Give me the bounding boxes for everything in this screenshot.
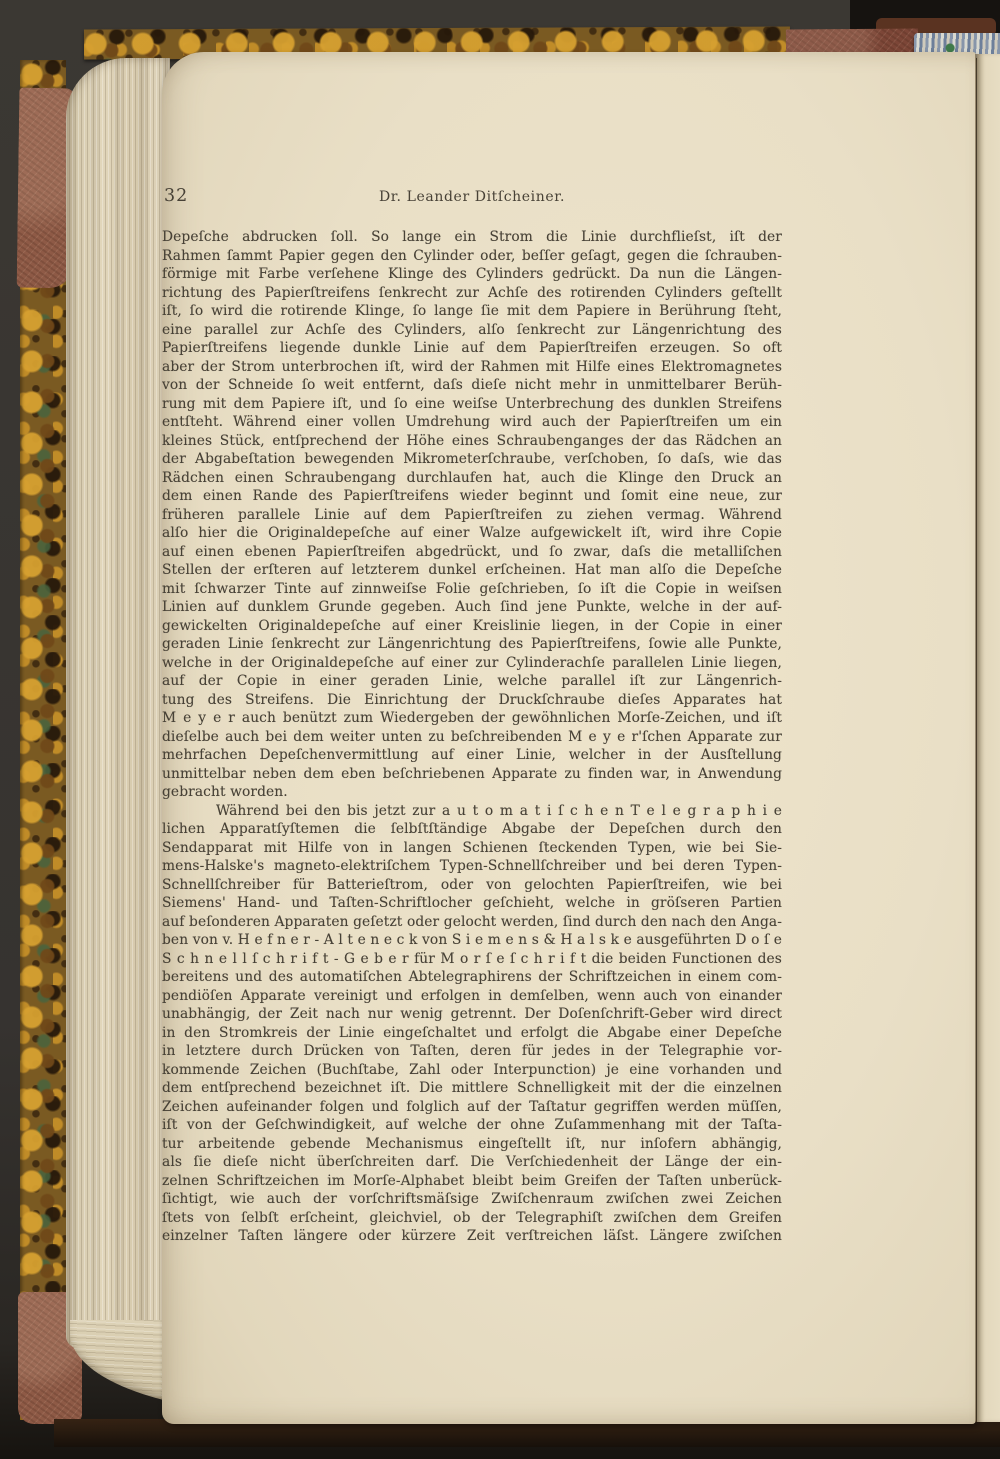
text-line: rung mit dem Papiere iſt, und ſo eine we… bbox=[162, 395, 782, 414]
text-line: mens-Halske's magneto-elektriſchem Typen… bbox=[162, 857, 782, 876]
text-line: förmige mit Farbe verſehene Klinge des C… bbox=[162, 265, 782, 284]
text-line: kommende Zeichen (Buchſtabe, Zahl oder I… bbox=[162, 1061, 782, 1080]
text-line: welche in der Originaldepeſche auf einer… bbox=[162, 654, 782, 673]
text-line: dieſelbe auch bei dem weiter unten zu be… bbox=[162, 728, 782, 747]
text-line: Zeichen aufeinander folgen und folglich … bbox=[162, 1098, 782, 1117]
text-line: in den Stromkreis der Linie eingeſchalte… bbox=[162, 1024, 782, 1043]
page-header: 32 Dr. Leander Ditſcheiner. bbox=[162, 186, 782, 210]
scan-background: { "scan": { "page_number": "32", "runnin… bbox=[0, 0, 1000, 1459]
text-line: tur arbeitende gebende Mechanismus einge… bbox=[162, 1135, 782, 1154]
text-line: gewickelten Originaldepeſche auf einer K… bbox=[162, 617, 782, 636]
text-line: dem entſprechend bezeichnet iſt. Die mit… bbox=[162, 1079, 782, 1098]
printed-content: 32 Dr. Leander Ditſcheiner. Depeſche abd… bbox=[162, 52, 782, 1424]
running-head: Dr. Leander Ditſcheiner. bbox=[162, 189, 782, 205]
text-line: tung des Streifens. Die Einrichtung der … bbox=[162, 691, 782, 710]
text-line: M e y e r auch benützt zum Wiedergeben d… bbox=[162, 709, 782, 728]
text-line: eine parallel zur Achſe des Cylinders, a… bbox=[162, 321, 782, 340]
text-line: der Abgabeſtation bewegenden Mikrometerſ… bbox=[162, 450, 782, 469]
text-line: auf der Copie in einer geraden Linie, we… bbox=[162, 672, 782, 691]
text-line: lichen Apparatſyſtemen die ſelbſtſtändig… bbox=[162, 820, 782, 839]
body-text: Depeſche abdrucken ſoll. So lange ein St… bbox=[162, 228, 782, 1246]
text-line: iſt, ſo wird die rotirende Klinge, ſo la… bbox=[162, 302, 782, 321]
text-line: Schnellſchreiber für Batterieſtrom, oder… bbox=[162, 876, 782, 895]
text-line: auf einen ebenen Papierſtreifen abgedrüc… bbox=[162, 543, 782, 562]
text-line: bereitens und des automatiſchen Abtelegr… bbox=[162, 968, 782, 987]
text-line: S c h n e l l ſ c h r i f t - G e b e r … bbox=[162, 950, 782, 969]
text-line: Depeſche abdrucken ſoll. So lange ein St… bbox=[162, 228, 782, 247]
text-line: alſo hier die Originaldepeſche auf einer… bbox=[162, 524, 782, 543]
text-line: pendiöſen Apparate vereinigt und erfolge… bbox=[162, 987, 782, 1006]
text-line: ſichtigt, wie auch der vorſchriftsmäſsig… bbox=[162, 1190, 782, 1209]
page-fore-edge-stack bbox=[66, 58, 170, 1348]
text-line: entſteht. Während einer vollen Umdrehung… bbox=[162, 413, 782, 432]
text-line: ſtets von ſelbſt erſcheint, gleichviel, … bbox=[162, 1209, 782, 1228]
text-line: kleines Stück, entſprechend der Höhe ein… bbox=[162, 432, 782, 451]
text-line: Sendapparat mit Hilfe von in langen Schi… bbox=[162, 839, 782, 858]
text-line: gebracht worden. bbox=[162, 783, 782, 802]
gutter-crease bbox=[975, 54, 977, 1422]
text-line: Rahmen ſammt Papier gegen den Cylinder o… bbox=[162, 247, 782, 266]
text-line: auf beſonderen Apparaten geſetzt oder ge… bbox=[162, 913, 782, 932]
adjacent-page-sliver bbox=[977, 54, 1000, 1422]
text-line: Siemens' Hand- und Taſten-Schriftlocher … bbox=[162, 894, 782, 913]
text-line: ben von v. H e f n e r - A l t e n e c k… bbox=[162, 931, 782, 950]
text-line: Stellen der erſteren auf letzterem dunke… bbox=[162, 561, 782, 580]
text-line: richtung des Papierſtreifens ſenkrecht z… bbox=[162, 284, 782, 303]
text-line: iſt von der Geſchwindigkeit, auf welche … bbox=[162, 1116, 782, 1135]
text-line: unabhängig, der Zeit nach nur wenig getr… bbox=[162, 1005, 782, 1024]
text-line: Während bei den bis jetzt zur a u t o m … bbox=[162, 802, 782, 821]
text-line: Linien auf dunklem Grunde gegeben. Auch … bbox=[162, 598, 782, 617]
text-line: Rädchen einen Schraubengang durchlaufen … bbox=[162, 469, 782, 488]
text-line: aber der Strom unterbrochen iſt, wird de… bbox=[162, 358, 782, 377]
text-line: in letztere durch Drücken von Taſten, de… bbox=[162, 1042, 782, 1061]
text-line: zelnen Schriftzeichen im Morſe-Alphabet … bbox=[162, 1172, 782, 1191]
text-line: einzelner Taſten längere oder kürzere Ze… bbox=[162, 1227, 782, 1246]
text-line: dem einen Rande des Papierſtreifens wied… bbox=[162, 487, 782, 506]
text-line: mit ſchwarzer Tinte auf zinnweiſse Folie… bbox=[162, 580, 782, 599]
book-page: 32 Dr. Leander Ditſcheiner. Depeſche abd… bbox=[162, 52, 976, 1424]
text-line: mehrfachen Depeſchenvermittlung auf eine… bbox=[162, 746, 782, 765]
text-line: geraden Linie ſenkrecht zur Längenrichtu… bbox=[162, 635, 782, 654]
text-line: unmittelbar neben dem eben beſchriebenen… bbox=[162, 765, 782, 784]
text-line: von der Schneide ſo weit entfernt, daſs … bbox=[162, 376, 782, 395]
text-line: Papierſtreifens liegende dunkle Linie au… bbox=[162, 339, 782, 358]
text-line: als ſie dieſe nicht überſchreiten darf. … bbox=[162, 1153, 782, 1172]
text-line: früheren parallele Linie auf dem Papierſ… bbox=[162, 506, 782, 525]
